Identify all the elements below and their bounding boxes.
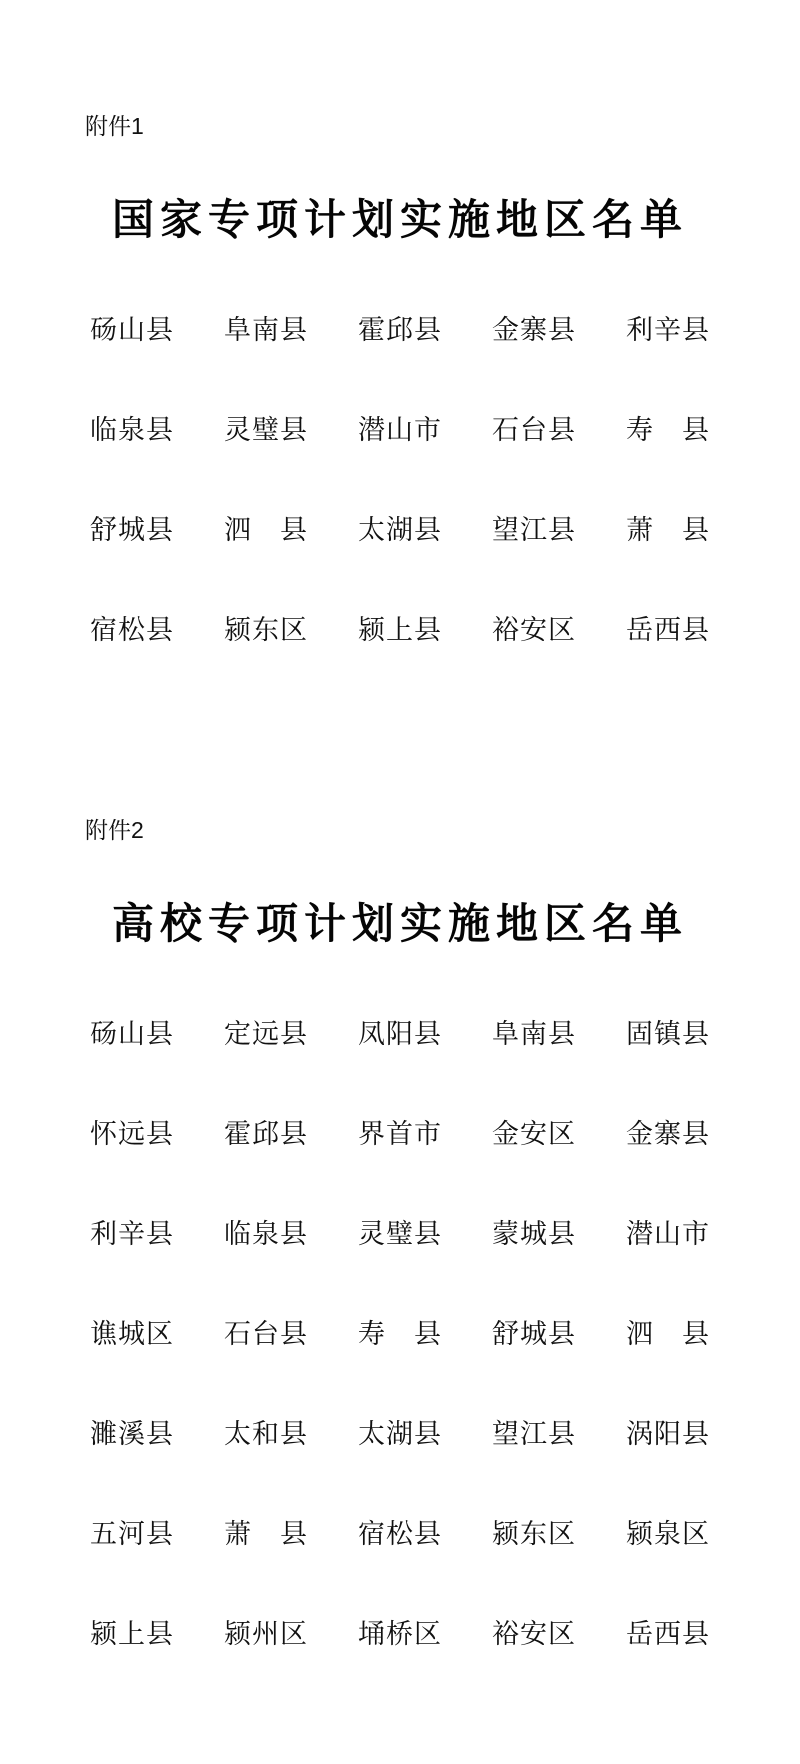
region-row: 怀远县霍邱县界首市金安区金寨县 xyxy=(0,1118,800,1150)
region-item: 萧 县 xyxy=(626,514,710,546)
region-item: 石台县 xyxy=(224,1318,308,1350)
region-item: 霍邱县 xyxy=(224,1118,308,1150)
attachment-section-1: 附件1 国家专项计划实施地区名单 砀山县阜南县霍邱县金寨县利辛县临泉县灵璧县潜山… xyxy=(0,0,800,646)
region-item: 宿松县 xyxy=(90,614,174,646)
region-item: 灵璧县 xyxy=(358,1218,442,1250)
region-item: 阜南县 xyxy=(224,314,308,346)
region-row: 临泉县灵璧县潜山市石台县寿 县 xyxy=(0,414,800,446)
region-item: 埇桥区 xyxy=(358,1618,442,1650)
region-row: 五河县萧 县宿松县颍东区颍泉区 xyxy=(0,1518,800,1550)
region-row: 濉溪县太和县太湖县望江县涡阳县 xyxy=(0,1418,800,1450)
region-item: 望江县 xyxy=(492,514,576,546)
region-list: 砀山县定远县凤阳县阜南县固镇县怀远县霍邱县界首市金安区金寨县利辛县临泉县灵璧县蒙… xyxy=(0,1018,800,1650)
region-item: 砀山县 xyxy=(90,314,174,346)
region-item: 泗 县 xyxy=(224,514,308,546)
region-list: 砀山县阜南县霍邱县金寨县利辛县临泉县灵璧县潜山市石台县寿 县舒城县泗 县太湖县望… xyxy=(0,314,800,646)
region-item: 颍州区 xyxy=(224,1618,308,1650)
region-item: 定远县 xyxy=(224,1018,308,1050)
region-item: 颍东区 xyxy=(492,1518,576,1550)
region-item: 金寨县 xyxy=(626,1118,710,1150)
region-item: 潜山市 xyxy=(626,1218,710,1250)
region-row: 舒城县泗 县太湖县望江县萧 县 xyxy=(0,514,800,546)
region-item: 寿 县 xyxy=(358,1318,442,1350)
region-item: 利辛县 xyxy=(90,1218,174,1250)
region-item: 怀远县 xyxy=(90,1118,174,1150)
attachment-section-2: 附件2 高校专项计划实施地区名单 砀山县定远县凤阳县阜南县固镇县怀远县霍邱县界首… xyxy=(0,714,800,1650)
region-item: 裕安区 xyxy=(492,1618,576,1650)
region-item: 舒城县 xyxy=(492,1318,576,1350)
region-item: 凤阳县 xyxy=(358,1018,442,1050)
region-item: 潜山市 xyxy=(358,414,442,446)
region-item: 颍上县 xyxy=(358,614,442,646)
region-item: 太和县 xyxy=(224,1418,308,1450)
region-row: 利辛县临泉县灵璧县蒙城县潜山市 xyxy=(0,1218,800,1250)
region-item: 灵璧县 xyxy=(224,414,308,446)
attachment-label: 附件1 xyxy=(85,0,800,140)
region-item: 谯城区 xyxy=(90,1318,174,1350)
region-row: 砀山县定远县凤阳县阜南县固镇县 xyxy=(0,1018,800,1050)
region-item: 岳西县 xyxy=(626,1618,710,1650)
region-row: 宿松县颍东区颍上县裕安区岳西县 xyxy=(0,614,800,646)
region-item: 颍上县 xyxy=(90,1618,174,1650)
region-item: 岳西县 xyxy=(626,614,710,646)
region-item: 望江县 xyxy=(492,1418,576,1450)
region-item: 涡阳县 xyxy=(626,1418,710,1450)
region-item: 濉溪县 xyxy=(90,1418,174,1450)
region-item: 五河县 xyxy=(90,1518,174,1550)
region-item: 萧 县 xyxy=(224,1518,308,1550)
region-item: 临泉县 xyxy=(90,414,174,446)
region-item: 金寨县 xyxy=(492,314,576,346)
region-item: 太湖县 xyxy=(358,1418,442,1450)
region-item: 太湖县 xyxy=(358,514,442,546)
region-item: 宿松县 xyxy=(358,1518,442,1550)
region-item: 界首市 xyxy=(358,1118,442,1150)
region-row: 砀山县阜南县霍邱县金寨县利辛县 xyxy=(0,314,800,346)
region-row: 谯城区石台县寿 县舒城县泗 县 xyxy=(0,1318,800,1350)
region-item: 颍东区 xyxy=(224,614,308,646)
region-item: 颍泉区 xyxy=(626,1518,710,1550)
region-item: 金安区 xyxy=(492,1118,576,1150)
region-row: 颍上县颍州区埇桥区裕安区岳西县 xyxy=(0,1618,800,1650)
region-item: 霍邱县 xyxy=(358,314,442,346)
region-item: 裕安区 xyxy=(492,614,576,646)
attachment-label: 附件2 xyxy=(85,714,800,844)
section-title: 高校专项计划实施地区名单 xyxy=(0,900,800,948)
region-item: 阜南县 xyxy=(492,1018,576,1050)
region-item: 利辛县 xyxy=(626,314,710,346)
region-item: 泗 县 xyxy=(626,1318,710,1350)
region-item: 临泉县 xyxy=(224,1218,308,1250)
region-item: 固镇县 xyxy=(626,1018,710,1050)
section-title: 国家专项计划实施地区名单 xyxy=(0,196,800,244)
region-item: 石台县 xyxy=(492,414,576,446)
region-item: 寿 县 xyxy=(626,414,710,446)
region-item: 舒城县 xyxy=(90,514,174,546)
region-item: 蒙城县 xyxy=(492,1218,576,1250)
region-item: 砀山县 xyxy=(90,1018,174,1050)
document-page: 附件1 国家专项计划实施地区名单 砀山县阜南县霍邱县金寨县利辛县临泉县灵璧县潜山… xyxy=(0,0,800,1764)
